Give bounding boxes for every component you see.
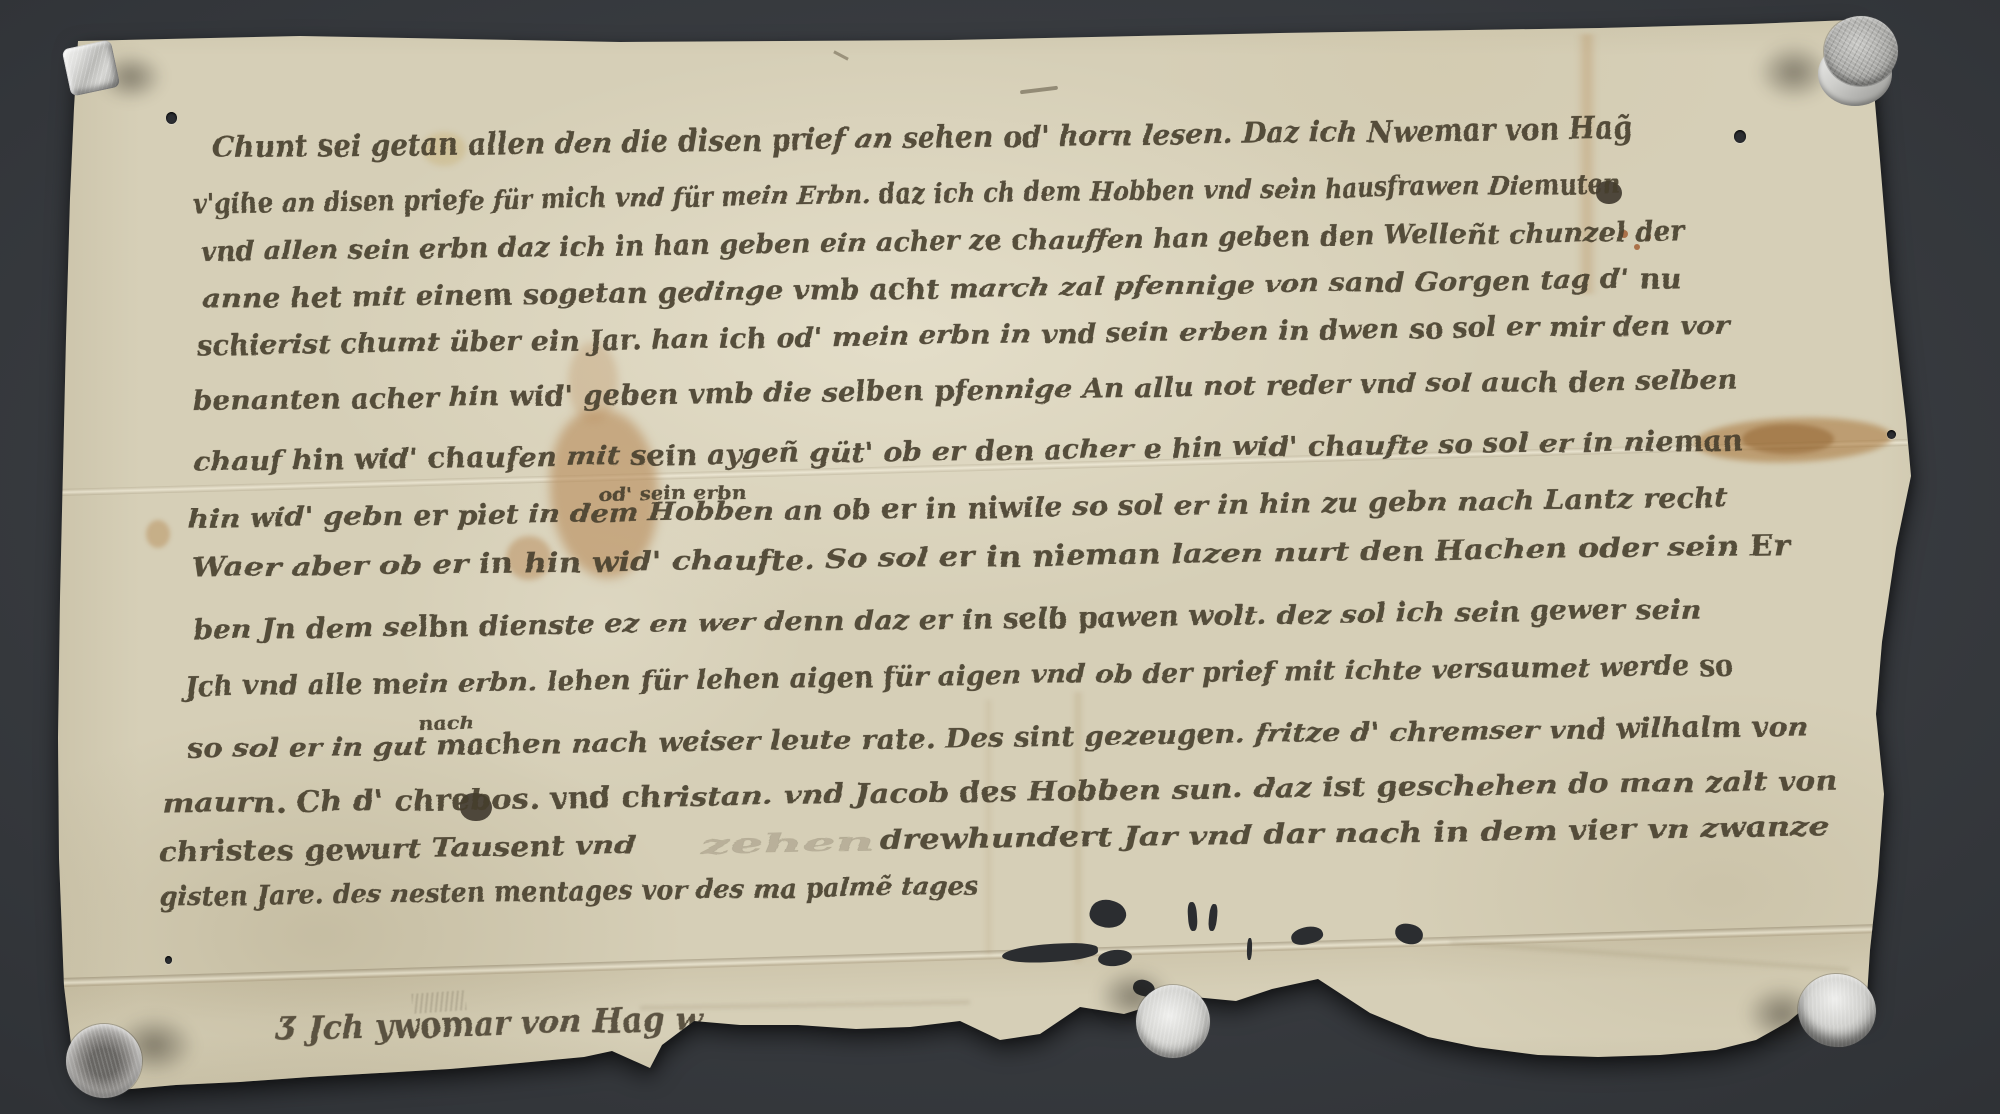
manuscript-erased-text: zehen [697, 828, 875, 859]
photograph-of-charter: Chunt sei getan allen den die disen prie… [0, 0, 2000, 1114]
manuscript-line-15: gisten Jare. des nesten mentages vor des… [160, 871, 978, 913]
manuscript-line-14-left: christes gewurt Tausent vnd [158, 830, 637, 868]
parchment-document: Chunt sei getan allen den die disen prie… [0, 0, 2000, 1114]
manuscript-line-5: schierist chumt über ein Jar. han ich od… [196, 310, 1731, 362]
interlinear-addition-2: nach [418, 713, 474, 734]
manuscript-line-3: vnd allen sein erbn daz ich in han geben… [201, 216, 1687, 268]
manuscript-line-10: ben Jn dem selbn dienste ez en wer denn … [193, 594, 1701, 646]
notary-signature: Ʒ Jch ywomar von Hag w [275, 999, 703, 1049]
steel-weight-top-right-face [1824, 16, 1898, 86]
steel-weight-bottom-left [66, 1024, 142, 1098]
parchment-sheet: Chunt sei getan allen den die disen prie… [0, 0, 2000, 1114]
manuscript-line-9: Waer aber ob er in hin wid' chaufte. So … [192, 531, 1792, 584]
manuscript-line-1: Chunt sei getan allen den die disen prie… [213, 111, 1633, 166]
steel-weight-top-left [62, 39, 121, 96]
interlinear-addition-1: od' sein erbn [598, 483, 746, 505]
manuscript-line-7: chauf hin wid' chaufen mit sein aygeñ gü… [193, 425, 1743, 478]
steel-weight-bottom-center [1136, 985, 1210, 1058]
manuscript-line-6: benanten acher hin wid' geben vmb die se… [193, 364, 1738, 417]
worm-hole-top-left [166, 112, 177, 124]
manuscript-line-2: v'gihe an disen priefe für mich vnd für … [193, 169, 1621, 220]
manuscript-line-11: Jch vnd alle mein erbn. lehen für lehen … [180, 650, 1733, 703]
worm-hole-right-edge [1887, 430, 1896, 439]
manuscript-line-8: hin wid' gebn er piet in dem Hobben an o… [188, 482, 1729, 535]
manuscript-line-13: maurn. Ch d' chrebos. vnd christan. vnd … [163, 766, 1838, 820]
manuscript-line-4: anne het mit einem sogetan gedinge vmb a… [203, 263, 1681, 315]
manuscript-text-layer: Chunt sei getan allen den die disen prie… [0, 0, 2000, 1114]
worm-hole-bottom-left [165, 956, 172, 964]
worm-hole-top-right [1734, 130, 1746, 143]
manuscript-line-14-right: drewhundert Jar vnd dar nach in dem vier… [880, 812, 1830, 856]
